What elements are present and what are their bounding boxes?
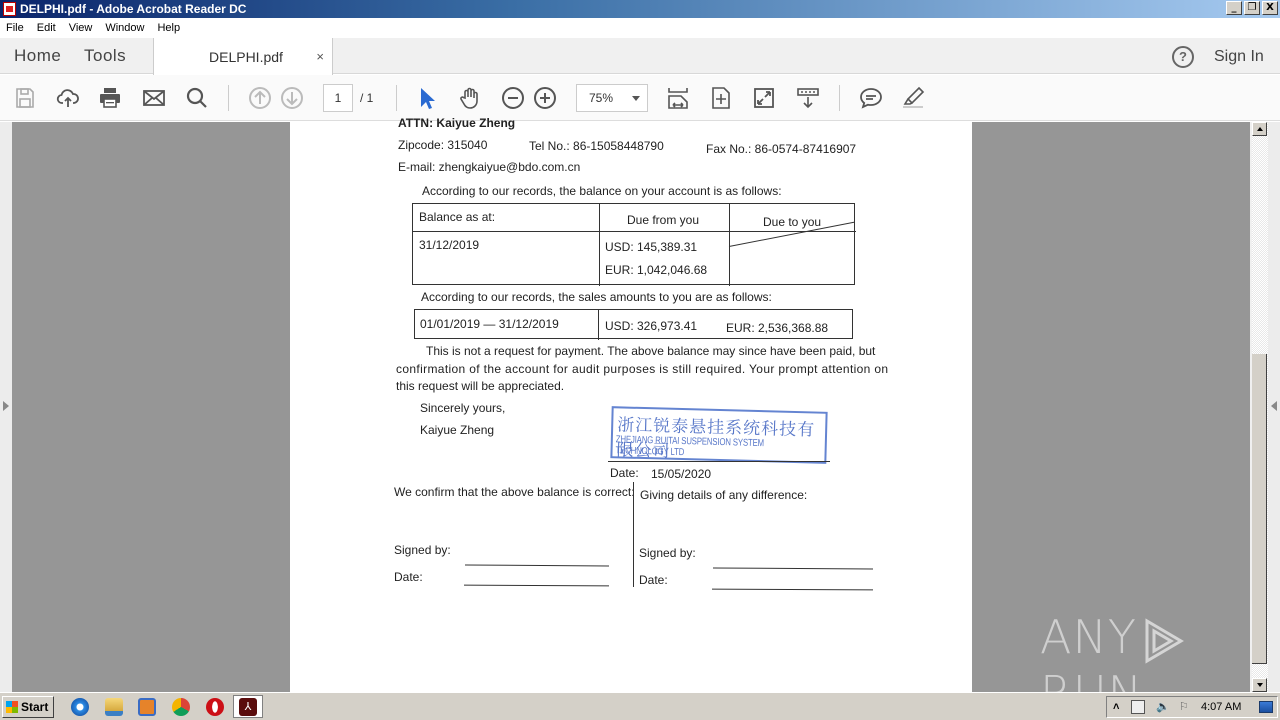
taskbar: Start ⅄ ˄ 🔈 ⚐ 4:07 AM: [0, 692, 1280, 720]
restore-button[interactable]: ❐: [1244, 1, 1260, 15]
zoom-in-icon[interactable]: [532, 85, 558, 111]
letter-date: 15/05/2020: [651, 467, 711, 481]
save-icon[interactable]: [12, 85, 38, 111]
clock[interactable]: 4:07 AM: [1201, 697, 1241, 717]
difference-label: Giving details of any difference:: [640, 488, 807, 502]
zipcode: Zipcode: 315040: [398, 138, 487, 152]
document-tab-label: DELPHI.pdf: [209, 38, 283, 76]
vertical-scrollbar[interactable]: [1252, 122, 1268, 692]
sales-period: 01/01/2019 — 31/12/2019: [420, 317, 559, 331]
balance-usd: USD: 145,389.31: [605, 240, 697, 254]
volume-icon[interactable]: 🔈: [1156, 697, 1170, 717]
stamp-english-text: ZHEJIANG RUITAI SUSPENSION SYSTEM TECHNO…: [615, 434, 779, 460]
comment-icon[interactable]: [858, 85, 884, 111]
letter-date-label: Date:: [610, 466, 639, 480]
zoom-out-icon[interactable]: [500, 85, 526, 111]
fax-number: Fax No.: 86-0574-87416907: [706, 142, 856, 156]
windows-logo-icon: [6, 701, 18, 713]
acrobat-icon: ⅄: [239, 698, 257, 716]
toolbar: 1 / 1 75%: [0, 75, 1280, 121]
taskbar-acrobat-button[interactable]: ⅄: [233, 695, 263, 718]
menu-edit[interactable]: Edit: [37, 18, 56, 38]
close-tab-icon[interactable]: ×: [316, 38, 324, 76]
date-label-right: Date:: [639, 573, 668, 587]
menu-help[interactable]: Help: [157, 18, 180, 38]
hand-icon[interactable]: [457, 85, 483, 111]
right-panel-toggle[interactable]: [1268, 122, 1280, 692]
confirm-label: We confirm that the above balance is cor…: [394, 485, 635, 499]
start-button[interactable]: Start: [2, 696, 54, 718]
fit-width-icon[interactable]: [665, 85, 691, 111]
search-icon[interactable]: [184, 85, 210, 111]
balance-date: 31/12/2019: [419, 238, 479, 252]
action-center-flag-icon[interactable]: ⚐: [1179, 697, 1189, 717]
sales-usd: USD: 326,973.41: [605, 319, 697, 333]
tab-document[interactable]: DELPHI.pdf ×: [153, 38, 333, 75]
show-hidden-icons-icon[interactable]: ˄: [1113, 697, 1119, 717]
system-tray: ˄ 🔈 ⚐ 4:07 AM: [1106, 696, 1278, 718]
page-down-icon[interactable]: [279, 85, 305, 111]
help-icon[interactable]: ?: [1172, 46, 1194, 68]
date-label-left: Date:: [394, 570, 423, 584]
watermark-text-left: ANY: [1040, 610, 1137, 664]
attn-line: ATTN: Kaiyue Zheng: [398, 116, 515, 130]
page-number-input[interactable]: 1: [323, 84, 353, 112]
start-label: Start: [21, 700, 48, 714]
balance-header-due-to: Due to you: [763, 215, 821, 229]
window-title: DELPHI.pdf - Adobe Acrobat Reader DC: [20, 2, 246, 16]
tel-number: Tel No.: 86-15058448790: [529, 139, 664, 153]
zoom-level-value: 75%: [589, 91, 613, 105]
toolbar-divider: [839, 85, 840, 111]
scroll-up-button[interactable]: [1252, 122, 1267, 136]
acrobat-app-icon: [3, 2, 16, 16]
select-arrow-icon[interactable]: [414, 85, 440, 111]
notice-line-3: this request will be appreciated.: [396, 379, 564, 393]
read-mode-icon[interactable]: [795, 85, 821, 111]
window-title-bar: DELPHI.pdf - Adobe Acrobat Reader DC _ ❐…: [0, 0, 1280, 18]
email-address: E-mail: zhengkaiyue@bdo.com.cn: [398, 160, 580, 174]
signed-by-label-left: Signed by:: [394, 543, 451, 557]
page-up-icon[interactable]: [247, 85, 273, 111]
close-button[interactable]: X: [1262, 1, 1278, 15]
page-total: / 1: [360, 84, 373, 112]
menu-file[interactable]: File: [6, 18, 24, 38]
document-viewer: ATTN: Kaiyue Zheng Zipcode: 315040 Tel N…: [0, 122, 1280, 692]
toolbar-divider: [396, 85, 397, 111]
tab-bar: Home Tools DELPHI.pdf × ? Sign In: [0, 38, 1280, 74]
media-player-icon[interactable]: [138, 698, 156, 716]
fit-page-icon[interactable]: [708, 85, 734, 111]
opera-icon[interactable]: [206, 698, 224, 716]
notice-line-2: confirmation of the account for audit pu…: [396, 362, 888, 376]
expand-right-icon: [1271, 401, 1277, 411]
show-desktop-icon[interactable]: [1259, 701, 1273, 713]
sales-eur: EUR: 2,536,368.88: [726, 321, 828, 335]
expand-left-icon: [3, 401, 9, 411]
print-icon[interactable]: [97, 85, 123, 111]
network-icon[interactable]: [1131, 700, 1145, 714]
company-stamp: 浙江锐泰悬挂系统科技有限公司 ZHEJIANG RUITAI SUSPENSIO…: [610, 406, 827, 464]
email-icon[interactable]: [141, 85, 167, 111]
full-screen-icon[interactable]: [751, 85, 777, 111]
sales-intro: According to our records, the sales amou…: [421, 290, 772, 304]
balance-eur: EUR: 1,042,046.68: [605, 263, 707, 277]
sign-in-link[interactable]: Sign In: [1214, 38, 1264, 76]
tab-home[interactable]: Home: [14, 38, 61, 74]
chrome-icon[interactable]: [172, 698, 190, 716]
balance-intro: According to our records, the balance on…: [422, 184, 782, 198]
menu-bar: File Edit View Window Help: [0, 18, 1280, 38]
menu-window[interactable]: Window: [105, 18, 144, 38]
left-panel-toggle[interactable]: [0, 122, 12, 692]
play-logo-icon: [1139, 616, 1189, 666]
toolbar-divider: [228, 85, 229, 111]
minimize-button[interactable]: _: [1226, 1, 1242, 15]
signed-by-label-right: Signed by:: [639, 546, 696, 560]
pdf-page: ATTN: Kaiyue Zheng Zipcode: 315040 Tel N…: [290, 122, 972, 692]
closing: Sincerely yours,: [420, 401, 505, 415]
balance-header-due-from: Due from you: [627, 213, 699, 227]
internet-explorer-icon[interactable]: [71, 698, 89, 716]
chevron-down-icon: [632, 96, 640, 101]
signer-name: Kaiyue Zheng: [420, 423, 494, 437]
notice-line-1: This is not a request for payment. The a…: [426, 344, 875, 358]
file-explorer-icon[interactable]: [105, 698, 123, 716]
balance-header-date: Balance as at:: [419, 210, 495, 224]
menu-view[interactable]: View: [69, 18, 93, 38]
zoom-level-select[interactable]: 75%: [576, 84, 648, 112]
tab-tools[interactable]: Tools: [84, 38, 126, 74]
upload-cloud-icon[interactable]: [55, 85, 81, 111]
highlight-icon[interactable]: [900, 85, 926, 111]
